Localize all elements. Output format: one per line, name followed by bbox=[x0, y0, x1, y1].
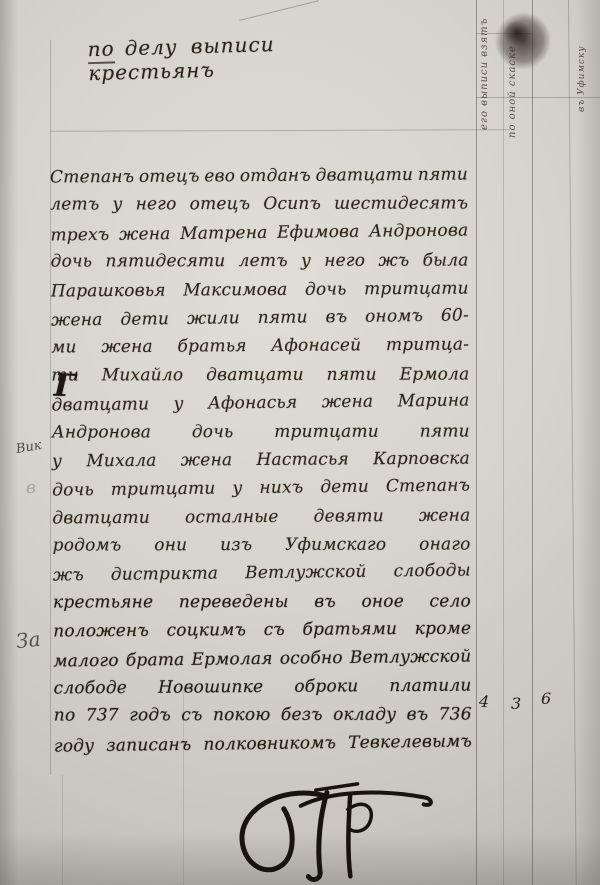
manuscript-line: крестьянепереведенывъоноесело bbox=[53, 587, 471, 616]
manuscript-word: дватцати bbox=[315, 161, 413, 190]
manuscript-word: ево bbox=[204, 162, 235, 191]
corner-note-3: въ Уфимску bbox=[577, 0, 587, 112]
manuscript-word: особно bbox=[280, 644, 343, 673]
column-line-4 bbox=[568, 0, 577, 885]
manuscript-word: пяти bbox=[420, 417, 470, 446]
manuscript-word: Новошипке bbox=[158, 673, 263, 702]
manuscript-word: Михала bbox=[86, 447, 156, 476]
manuscript-word: съ bbox=[181, 702, 202, 730]
manuscript-word: Парашковья bbox=[51, 276, 166, 305]
manuscript-word: него bbox=[136, 191, 177, 219]
manuscript-word: дети bbox=[320, 473, 369, 502]
manuscript-word: жена bbox=[101, 333, 153, 362]
manuscript-line: миженабратьяАфонасейтритца- bbox=[51, 331, 469, 362]
column-line-1 bbox=[476, 0, 477, 885]
manuscript-word: летъ bbox=[239, 247, 288, 276]
manuscript-word: тритца- bbox=[386, 331, 469, 360]
manuscript-word: братьями bbox=[302, 615, 397, 644]
manuscript-line: по737годъсъпокоюбезъокладувъ736 bbox=[54, 701, 472, 730]
column-line-3 bbox=[532, 0, 533, 885]
manuscript-word: Максимова bbox=[183, 275, 288, 304]
manuscript-word: тритцати bbox=[364, 274, 469, 303]
manuscript-word: отецъ bbox=[190, 190, 251, 219]
manuscript-word: Афонасья bbox=[208, 389, 298, 418]
manuscript-line: слободеНовошипкеоброкиплатили bbox=[53, 672, 471, 703]
manuscript-line: Степанъотецъевоотданъдватцатипяти bbox=[50, 161, 468, 192]
margin-note-za: За bbox=[15, 627, 42, 653]
manuscript-word: братья bbox=[177, 332, 246, 361]
manuscript-line: положенъсоцкимъсъбратьямикроме bbox=[53, 615, 471, 646]
manuscript-word: отецъ bbox=[139, 162, 200, 191]
manuscript-word: Степанъ bbox=[50, 163, 134, 192]
manuscript-word: Осипъ bbox=[263, 190, 321, 219]
manuscript-word: слободе bbox=[53, 674, 127, 703]
manuscript-word: девяти bbox=[313, 502, 383, 531]
manuscript-word: оное bbox=[361, 587, 404, 616]
manuscript-line: дватцатиуАфонасьяженаМарина bbox=[51, 387, 469, 420]
manuscript-word: нихъ bbox=[259, 474, 303, 503]
signature-flourish bbox=[229, 775, 444, 885]
manuscript-word: пяти bbox=[418, 161, 468, 190]
manuscript-word: отданъ bbox=[240, 162, 311, 191]
manuscript-line: трехъженаМатренаЕфимоваАндронова bbox=[50, 216, 468, 249]
manuscript-word: платили bbox=[389, 672, 471, 701]
manuscript-word: осталные bbox=[185, 503, 279, 532]
margin-note-faint: в bbox=[26, 478, 36, 498]
manuscript-word: безъ bbox=[281, 701, 323, 730]
manuscript-word: Афонасей bbox=[271, 332, 361, 361]
manuscript-line: ПарашковьяМаксимовадочьтритцати bbox=[51, 274, 469, 305]
manuscript-word: годъ bbox=[129, 702, 171, 730]
manuscript-word: переведены bbox=[179, 588, 289, 617]
manuscript-line: уМихалаженаНастасьяКарповска bbox=[52, 444, 470, 475]
manuscript-word: пяти bbox=[257, 303, 307, 332]
manuscript-word: ми bbox=[51, 334, 77, 363]
manuscript-word: село bbox=[429, 587, 471, 615]
manuscript-word: 737 bbox=[86, 702, 119, 730]
manuscript-word: дватцати bbox=[52, 503, 150, 532]
manuscript-word: жъ bbox=[378, 247, 409, 275]
manuscript-word: жена bbox=[51, 306, 103, 335]
manuscript-word: дочь bbox=[192, 418, 234, 446]
manuscript-word: дистрикта bbox=[111, 560, 219, 590]
manuscript-word: Степанъ bbox=[386, 472, 471, 501]
manuscript-line: родомъониизъУфимскагоонаго bbox=[53, 531, 471, 560]
manuscript-line: малогобратаЕрмолаяособноВетлужской bbox=[53, 642, 471, 675]
manuscript-word: малого bbox=[53, 646, 119, 675]
manuscript-word: съ bbox=[264, 616, 285, 645]
manuscript-word: трехъ bbox=[50, 221, 109, 250]
manuscript-word: изъ bbox=[220, 531, 252, 559]
manuscript-word: крестьяне bbox=[53, 588, 153, 617]
manuscript-word: Ермолая bbox=[191, 645, 273, 674]
manuscript-word: Марина bbox=[397, 387, 469, 416]
manuscript-word: дети bbox=[120, 305, 169, 334]
manuscript-line: дватцатиосталныедевятижена bbox=[52, 501, 470, 532]
manuscript-word: шестидесятъ bbox=[334, 190, 468, 219]
manuscript-word: ономъ bbox=[365, 302, 423, 331]
manuscript-word: 736 bbox=[439, 701, 472, 729]
manuscript-word: дочь bbox=[305, 275, 347, 304]
manuscript-word: Ермола bbox=[400, 360, 470, 389]
manuscript-line: жъдистриктаВетлужскойслободы bbox=[53, 557, 471, 590]
manuscript-word: тритцати bbox=[274, 417, 379, 446]
column-line-2 bbox=[503, 0, 504, 885]
page-heading: поделу выписи крестьянъ bbox=[87, 29, 388, 85]
manuscript-word: оброки bbox=[294, 672, 358, 701]
manuscript-photo: поделу выписи крестьянъ его выписи взятъ… bbox=[0, 0, 600, 885]
manuscript-word: окладу bbox=[333, 701, 396, 730]
manuscript-word: они bbox=[154, 531, 187, 559]
margin-bold-initial: Г bbox=[53, 368, 76, 405]
manuscript-word: Андронова bbox=[369, 216, 469, 246]
manuscript-word: пяти bbox=[327, 360, 377, 389]
tally-number-1: 4 bbox=[478, 692, 489, 712]
manuscript-word: у bbox=[52, 447, 62, 475]
manuscript-word: жъ bbox=[53, 562, 84, 591]
manuscript-word: полковникомъ bbox=[203, 729, 336, 759]
manuscript-word: по bbox=[54, 702, 76, 730]
manuscript-word: Ефимова bbox=[277, 218, 360, 247]
manuscript-word: жена bbox=[181, 446, 233, 475]
manuscript-word: въ bbox=[407, 701, 429, 729]
manuscript-word: записанъ bbox=[106, 731, 191, 760]
manuscript-word: у bbox=[173, 390, 183, 419]
manuscript-word: Тевкелевымъ bbox=[348, 727, 472, 757]
manuscript-word: жена bbox=[119, 220, 171, 249]
manuscript-word: дватцати bbox=[206, 361, 304, 390]
manuscript-line: Андроновадочьтритцатипяти bbox=[52, 417, 470, 446]
manuscript-word: кроме bbox=[415, 615, 472, 644]
manuscript-word: Настасья bbox=[256, 445, 349, 474]
manuscript-word: пятидесяти bbox=[105, 247, 225, 276]
manuscript-word: тритцати bbox=[111, 475, 216, 505]
manuscript-word: жена bbox=[322, 388, 374, 417]
manuscript-word: у bbox=[232, 475, 242, 504]
manuscript-word: Ветлужской bbox=[245, 558, 367, 588]
manuscript-word: въ bbox=[325, 303, 347, 332]
paper-scratch bbox=[239, 0, 319, 21]
paper-crease-vertical-2 bbox=[62, 775, 63, 885]
manuscript-word: покою bbox=[213, 701, 271, 730]
manuscript-word: году bbox=[54, 732, 95, 761]
manuscript-word: соцкимъ bbox=[166, 616, 246, 645]
manuscript-line: дочьтритцатиунихъдетиСтепанъ bbox=[52, 472, 470, 505]
manuscript-word: летъ bbox=[50, 191, 99, 220]
manuscript-word: него bbox=[324, 247, 365, 275]
manuscript-line: летъунегоотецъОсипъшестидесятъ bbox=[50, 190, 468, 219]
frame-top-line bbox=[50, 129, 510, 132]
manuscript-line: дочьпятидесятилетъунегожъбыла bbox=[51, 247, 469, 276]
manuscript-word: Ветлужской bbox=[350, 642, 472, 672]
tally-number-2: 3 bbox=[511, 694, 521, 713]
corner-note-1: его выписи взятъ bbox=[479, 2, 490, 130]
manuscript-word: жена bbox=[419, 501, 471, 530]
manuscript-word: жили bbox=[187, 304, 240, 333]
heading-rest: делу выписи крестьянъ bbox=[88, 32, 275, 85]
manuscript-word: была bbox=[423, 247, 469, 276]
manuscript-word: 60- bbox=[441, 301, 469, 330]
manuscript-line: женадетижилипятивъономъ60- bbox=[51, 301, 469, 334]
manuscript-word: слободы bbox=[393, 557, 471, 586]
manuscript-word: дочь bbox=[51, 248, 93, 276]
manuscript-word: Карповска bbox=[373, 444, 470, 473]
manuscript-word: Михайло bbox=[102, 361, 184, 390]
manuscript-word: Андронова bbox=[52, 418, 151, 447]
manuscript-line: годузаписанъполковникомъТевкелевымъ bbox=[54, 727, 472, 760]
manuscript-word: Уфимскаго bbox=[285, 531, 386, 560]
manuscript-line: тиМихайлодватцатипятиЕрмола bbox=[51, 360, 469, 389]
manuscript-word: въ bbox=[314, 588, 336, 616]
manuscript-word: Матрена bbox=[180, 219, 268, 248]
manuscript-word: брата bbox=[126, 646, 185, 675]
manuscript-word: дочь bbox=[52, 476, 94, 505]
manuscript-word: у bbox=[301, 247, 311, 275]
tally-number-3: 6 bbox=[541, 689, 551, 708]
manuscript-word: положенъ bbox=[53, 617, 149, 646]
manuscript-word: у bbox=[112, 191, 122, 219]
manuscript-word: онаго bbox=[419, 531, 470, 560]
manuscript-word: родомъ bbox=[53, 531, 122, 560]
margin-note-vik: Вик bbox=[15, 438, 43, 457]
manuscript-text-block: Степанъотецъевоотданъдватцатипятилетъуне… bbox=[50, 161, 472, 760]
